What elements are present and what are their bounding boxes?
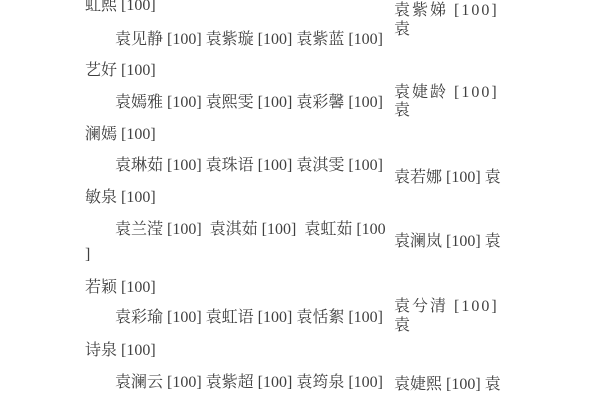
name-line-main: 袁见静 [100] 袁紫璇 [100] 袁紫蓝 [100] (115, 30, 383, 50)
name-line-main: 袁彩瑜 [100] 袁虹语 [100] 袁恬絮 [100] (115, 308, 383, 328)
name-line-wrap-tail: 虹熙 [100] (85, 0, 156, 16)
name-line-right-column: 袁婕熙 [100] 袁 (394, 375, 501, 395)
name-line-main: 袁琳茹 [100] 袁珠语 [100] 袁淇雯 [100] (115, 156, 383, 176)
name-line-wrap-tail: 敏泉 [100] (85, 188, 156, 208)
name-line-right-column: 袁兮清 [100] (394, 297, 499, 317)
name-line-wrap-tail: 诗泉 [100] (85, 341, 156, 361)
name-line-right-column: 袁 (394, 316, 412, 336)
name-line-wrap-tail: 艺好 [100] (85, 61, 156, 81)
name-line-right-column: 袁 (394, 101, 412, 121)
name-line-right-column: 袁紫娣 [100] (394, 1, 499, 21)
name-list-document: 虹熙 [100] 袁紫娣 [100] 袁 袁见静 [100] 袁紫璇 [100]… (0, 0, 600, 400)
name-line-main: 袁澜云 [100] 袁紫超 [100] 袁筠泉 [100] (115, 373, 383, 393)
name-line-right-column: 袁若娜 [100] 袁 (394, 168, 501, 188)
name-line-right-column: 袁婕龄 [100] (394, 83, 499, 103)
name-line-wrap-tail: 若颖 [100] (85, 278, 156, 298)
name-line-main: 袁嫣雅 [100] 袁熙雯 [100] 袁彩馨 [100] (115, 93, 383, 113)
name-line-wrap-tail: 澜嫣 [100] (85, 125, 156, 145)
name-line-right-column: 袁澜岚 [100] 袁 (394, 232, 501, 252)
name-line-main: 袁兰滢 [100] 袁淇茹 [100] 袁虹茹 [100 (115, 220, 386, 240)
bracket-wrap-tail: ] (85, 245, 90, 265)
name-line-right-column: 袁 (394, 20, 412, 40)
